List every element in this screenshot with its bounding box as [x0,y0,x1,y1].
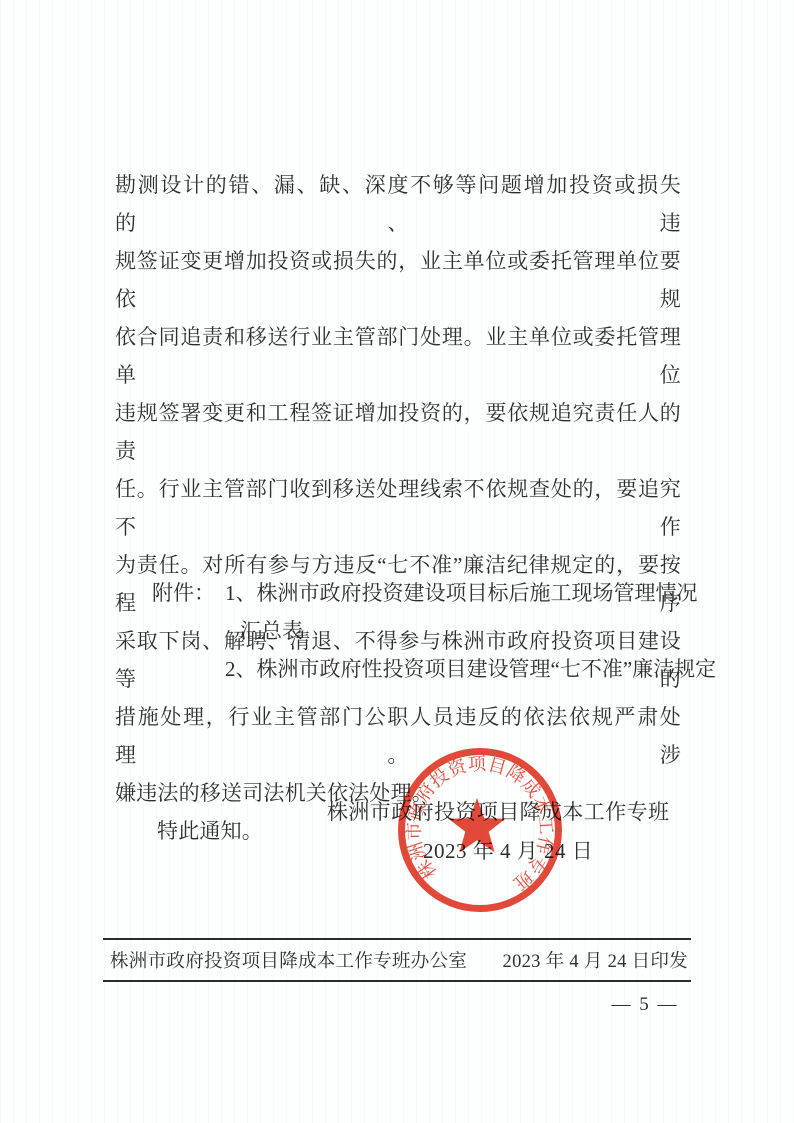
body-line: 依合同追责和移送行业主管部门处理。业主单位或委托管理单位 [115,318,681,394]
body-line: 任。行业主管部门收到移送处理线索不依规查处的，要追究不作 [115,470,681,546]
document-page: 勘测设计的错、漏、缺、深度不够等问题增加投资或损失的、违 规签证变更增加投资或损… [0,0,794,1123]
footer-rule-top [103,938,691,940]
body-line: 勘测设计的错、漏、缺、深度不够等问题增加投资或损失的、违 [115,166,681,242]
attachments-label: 附件： [152,574,225,612]
attachment-item-continuation: 汇总表 [225,612,716,650]
attachments-list: 1、株洲市政府投资建设项目标后施工现场管理情况 汇总表 2、株洲市政府性投资项目… [225,574,716,688]
footer-issuer: 株洲市政府投资项目降成本工作专班办公室 [110,946,467,978]
attachments-block: 附件： 1、株洲市政府投资建设项目标后施工现场管理情况 汇总表 2、株洲市政府性… [152,574,716,688]
signature-organization: 株洲市政府投资项目降成本工作专班 [327,797,669,827]
attachment-item: 2、株洲市政府性投资项目建设管理“七不准”廉洁规定 [225,650,716,688]
footer-print-date: 2023 年 4 月 24 日印发 [503,946,688,978]
footer-row: 株洲市政府投资项目降成本工作专班办公室 2023 年 4 月 24 日印发 [110,946,688,978]
signature-date: 2023 年 4 月 24 日 [423,836,593,866]
body-line: 措施处理，行业主管部门公职人员违反的依法依规严肃处理。涉 [115,698,681,774]
body-paragraph: 勘测设计的错、漏、缺、深度不够等问题增加投资或损失的、违 规签证变更增加投资或损… [115,166,681,850]
footer-rule-bottom [103,980,691,982]
page-number: — 5 — [590,990,700,1020]
body-line: 违规签署变更和工程签证增加投资的，要依规追究责任人的责 [115,394,681,470]
attachment-item: 1、株洲市政府投资建设项目标后施工现场管理情况 [225,574,716,612]
body-line: 规签证变更增加投资或损失的，业主单位或委托管理单位要依规 [115,242,681,318]
